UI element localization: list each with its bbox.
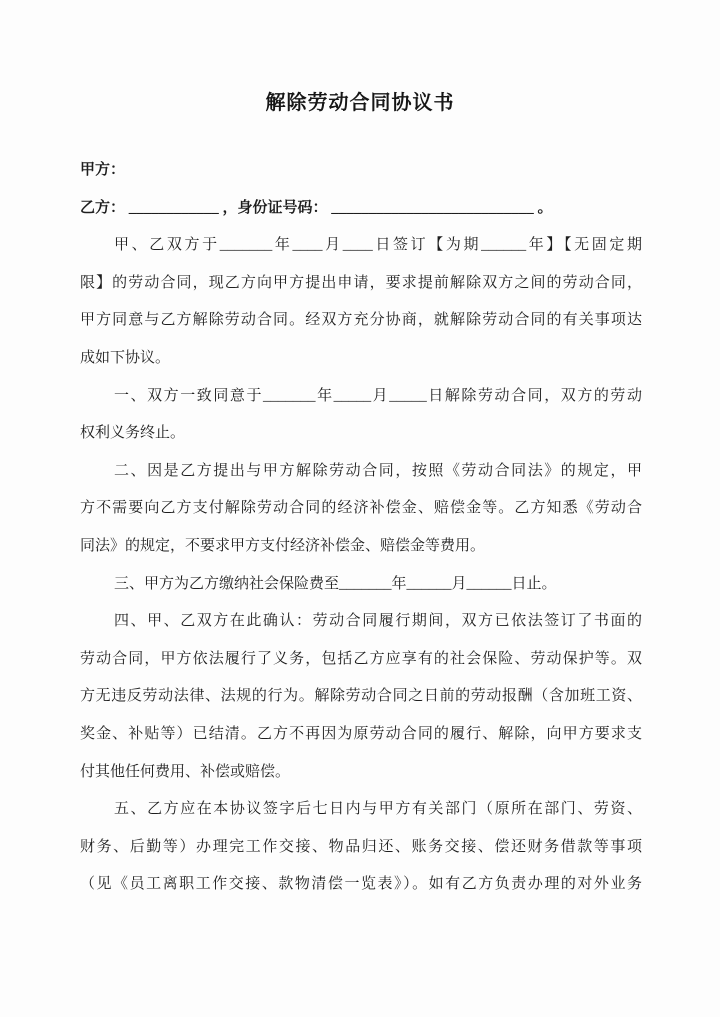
text-line: （见《员工离职工作交接、款物清偿一览表》）。如有乙方负责办理的对外业务 bbox=[80, 866, 642, 904]
document-page: 解除劳动合同协议书 甲方：乙方： ____________ ，身份证号码： __… bbox=[0, 0, 720, 1017]
text-line: 方无违反劳动法律、法规的行为。解除劳动合同之日前的劳动报酬（含加班工资、 bbox=[80, 678, 642, 716]
text-line: 甲方同意与乙方解除劳动合同。经双方充分协商，就解除劳动合同的有关事项达 bbox=[80, 302, 642, 340]
text-line: 一、双方一致同意于_______年_____月_____日解除劳动合同，双方的劳… bbox=[80, 378, 642, 416]
text-line: 甲方： bbox=[80, 152, 642, 190]
text-line: 财务、后勤等）办理完工作交接、物品归还、账务交接、偿还财务借款等事项 bbox=[80, 829, 642, 867]
text-line: 五、乙方应在本协议签字后七日内与甲方有关部门（原所在部门、劳资、 bbox=[80, 791, 642, 829]
document-title: 解除劳动合同协议书 bbox=[0, 0, 720, 116]
text-line: 三、甲方为乙方缴纳社会保险费至_______年______月______日止。 bbox=[80, 566, 642, 604]
text-line: 乙方： ____________ ，身份证号码： _______________… bbox=[80, 190, 642, 228]
document-body: 甲方：乙方： ____________ ，身份证号码： ____________… bbox=[80, 152, 642, 904]
text-line: 付其他任何费用、补偿或赔偿。 bbox=[80, 754, 642, 792]
text-line: 成如下协议。 bbox=[80, 340, 642, 378]
text-line: 同法》的规定，不要求甲方支付经济补偿金、赔偿金等费用。 bbox=[80, 528, 642, 566]
text-line: 四、甲、乙双方在此确认：劳动合同履行期间，双方已依法签订了书面的 bbox=[80, 603, 642, 641]
text-line: 二、因是乙方提出与甲方解除劳动合同，按照《劳动合同法》的规定，甲 bbox=[80, 453, 642, 491]
text-line: 甲、乙双方于_______年____月____日签订【为期______年】【无固… bbox=[80, 227, 642, 265]
text-line: 权利义务终止。 bbox=[80, 415, 642, 453]
text-line: 方不需要向乙方支付解除劳动合同的经济补偿金、赔偿金等。乙方知悉《劳动合 bbox=[80, 490, 642, 528]
text-line: 奖金、补贴等）已结清。乙方不再因为原劳动合同的履行、解除，向甲方要求支 bbox=[80, 716, 642, 754]
text-line: 劳动合同，甲方依法履行了义务，包括乙方应享有的社会保险、劳动保护等。双 bbox=[80, 641, 642, 679]
text-line: 限】的劳动合同，现乙方向甲方提出申请，要求提前解除双方之间的劳动合同， bbox=[80, 265, 642, 303]
